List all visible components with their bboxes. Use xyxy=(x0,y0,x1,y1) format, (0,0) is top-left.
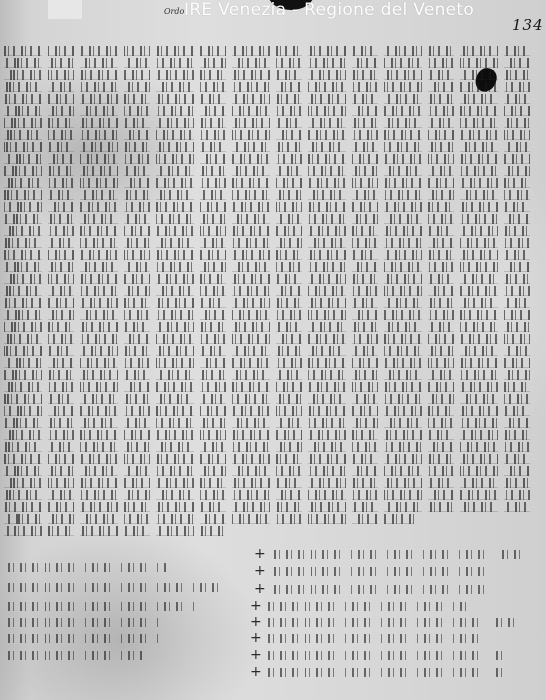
signature-cross-icon: + xyxy=(250,615,262,629)
signature-right-line xyxy=(268,618,530,627)
signature-cross-icon: + xyxy=(254,547,266,561)
signature-cross-icon: + xyxy=(254,582,266,596)
signature-right-line xyxy=(274,550,536,559)
signature-right-line xyxy=(268,651,508,660)
signature-cross-icon: + xyxy=(250,648,262,662)
signature-right-line xyxy=(274,567,499,576)
signature-cross-icon: + xyxy=(250,665,262,679)
signature-right-line xyxy=(268,634,494,643)
signature-right-line xyxy=(268,602,468,611)
signature-cross-icon: + xyxy=(250,631,262,645)
signature-cross-icon: + xyxy=(254,564,266,578)
signature-cross-icon: + xyxy=(250,599,262,613)
signature-right-line xyxy=(274,585,496,594)
signature-right-line xyxy=(268,668,506,677)
manuscript-page: Ordo IRE Venezia - Regione del Veneto 13… xyxy=(0,0,546,700)
signature-list-right: ++++++++ xyxy=(0,0,546,700)
